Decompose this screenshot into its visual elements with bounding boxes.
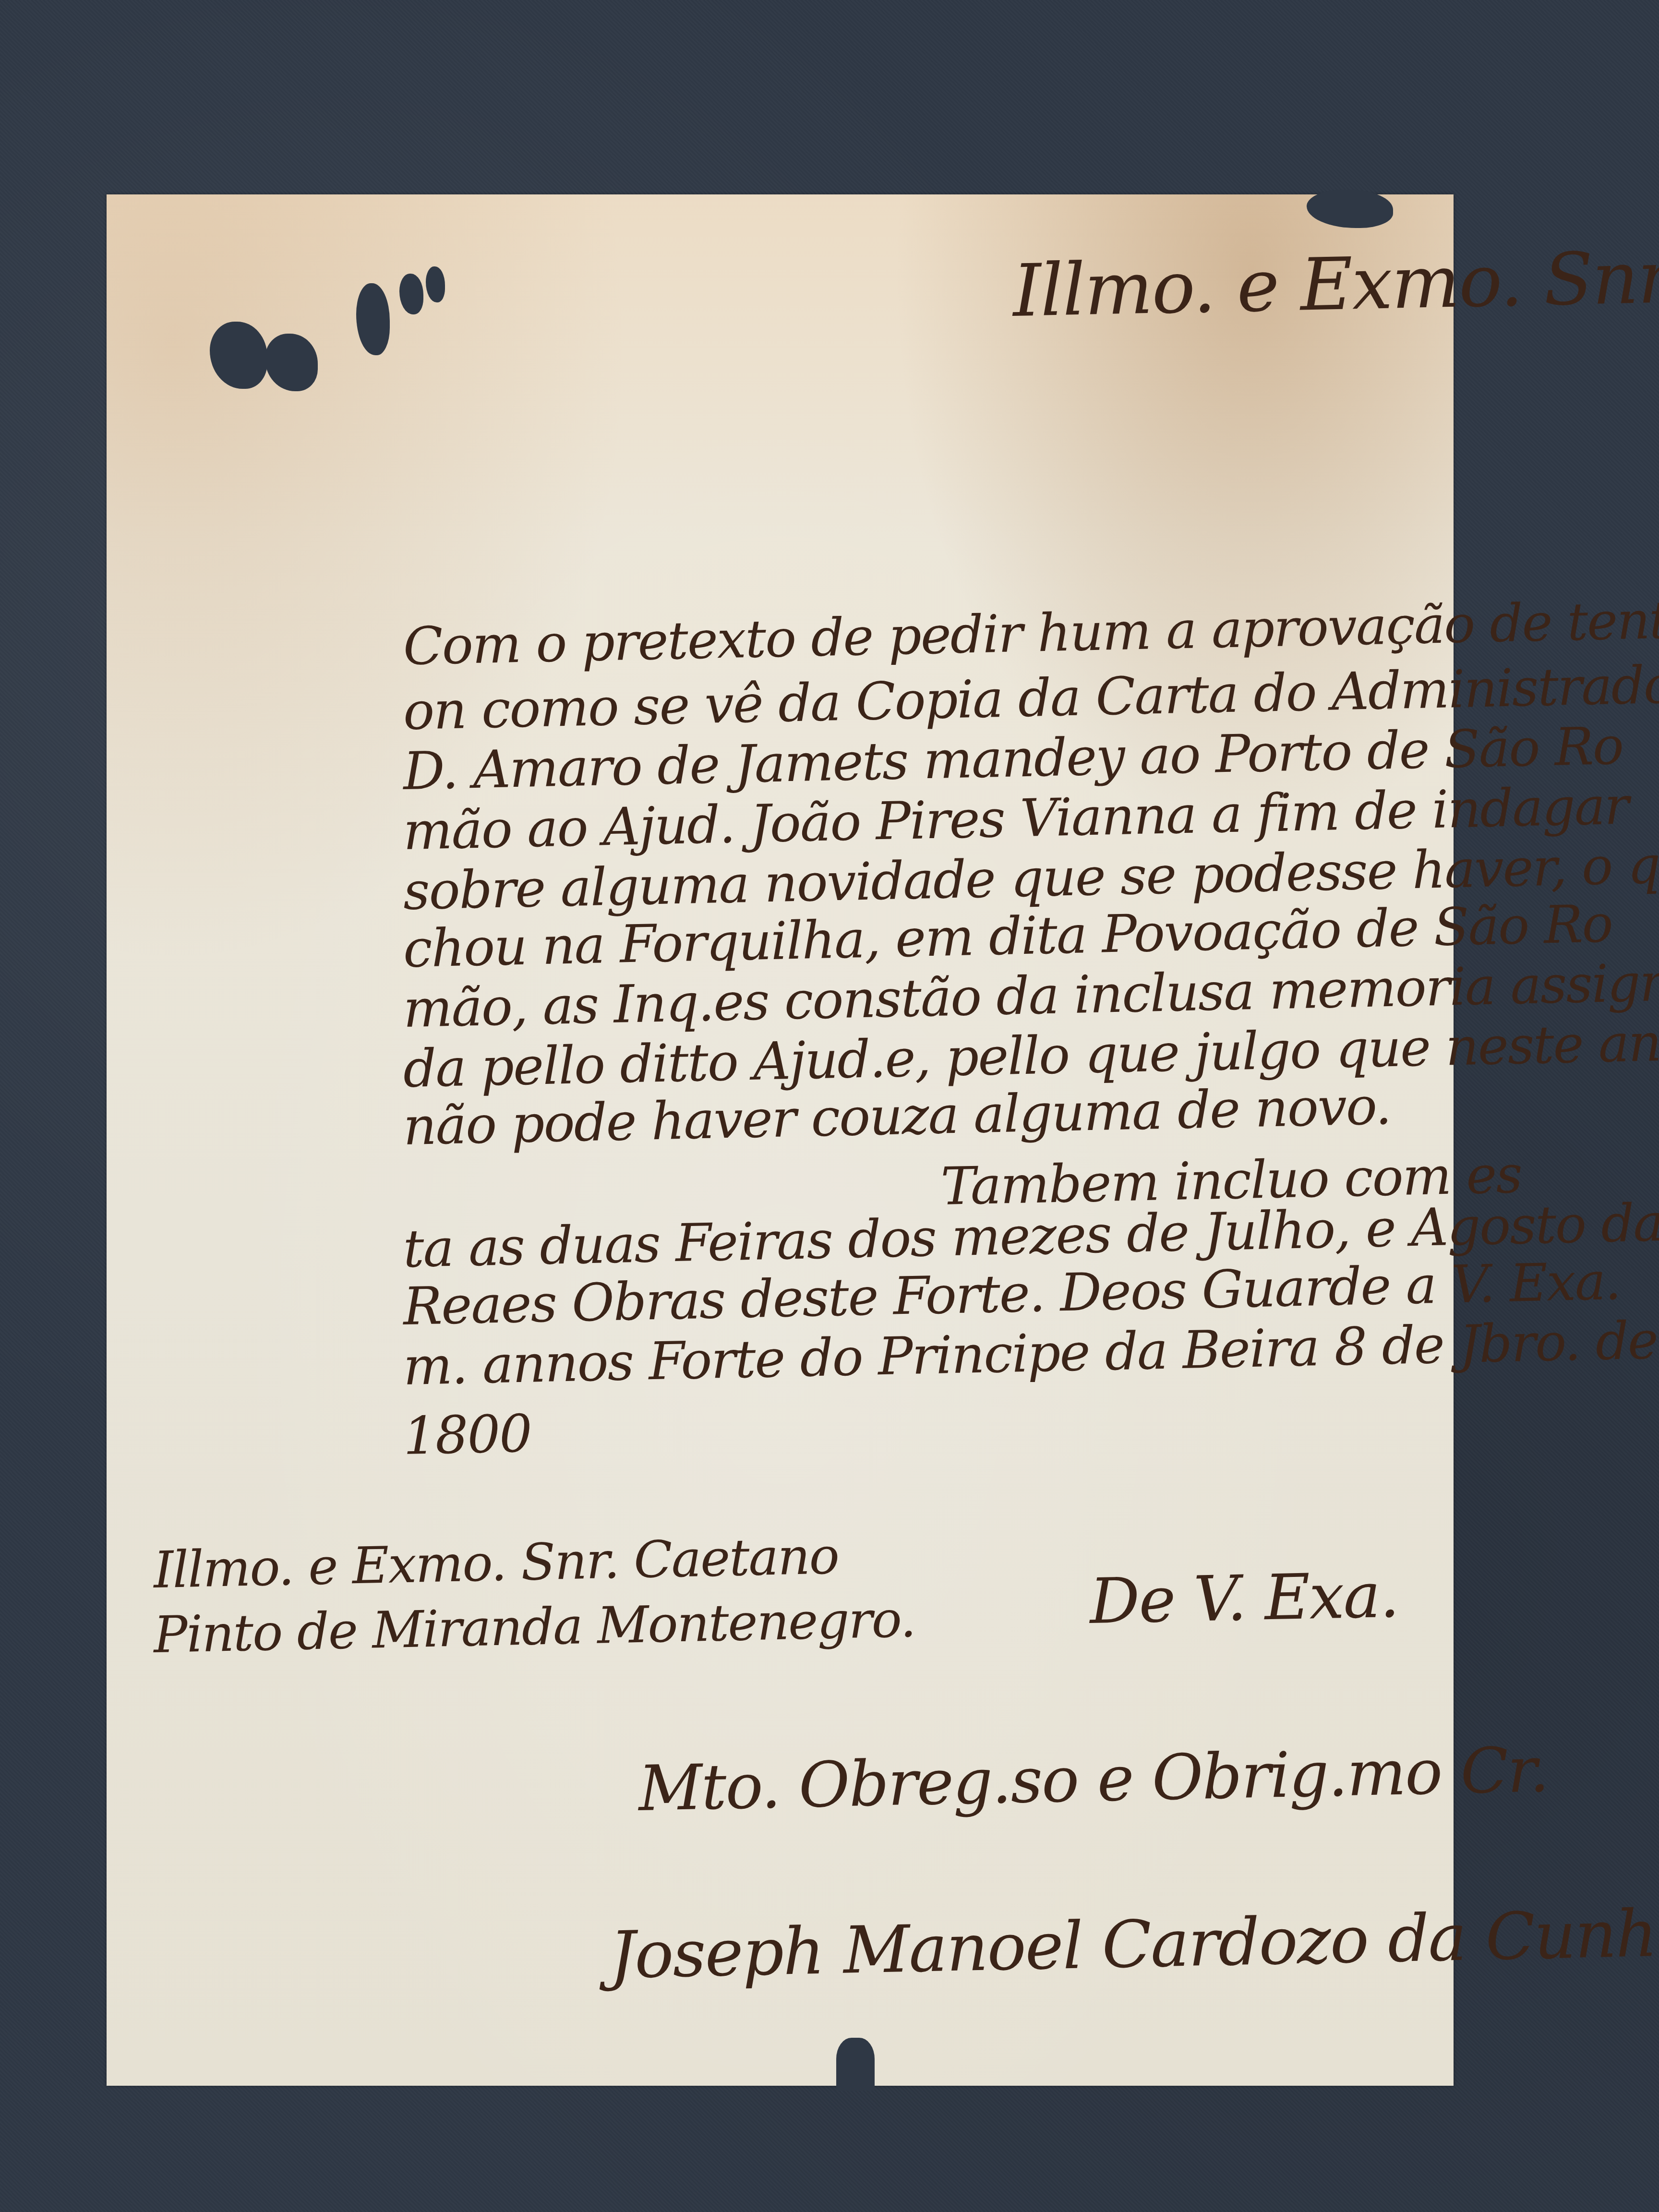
- paper-damage-tear: [1307, 190, 1393, 228]
- closing-de-v-exa: De V. Exa.: [1089, 1559, 1399, 1638]
- paper-damage-hole: [426, 266, 445, 302]
- paper-damage-hole: [399, 274, 423, 314]
- date-year: 1800: [403, 1404, 532, 1467]
- salutation: Illmo. e Exmo. Snr.: [1012, 236, 1659, 333]
- paper-damage-tear: [836, 2038, 875, 2091]
- paper-damage-hole: [210, 322, 267, 389]
- paper-damage-hole: [356, 283, 390, 355]
- paper-damage-hole: [265, 334, 318, 391]
